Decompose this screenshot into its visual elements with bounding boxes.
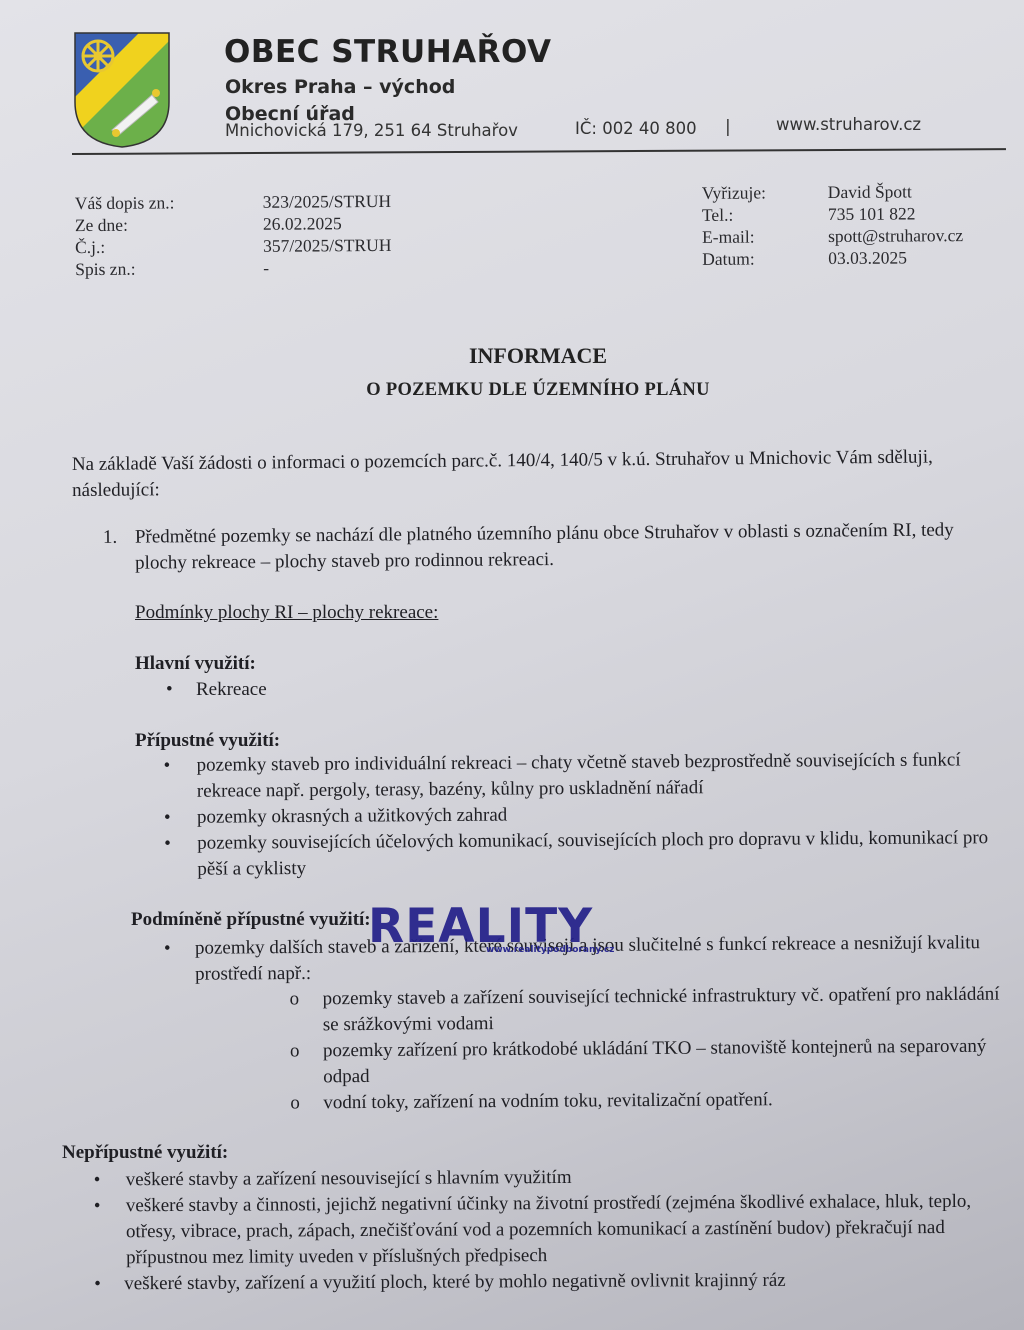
list-item-text: pozemky staveb pro individuální rekreaci…: [197, 747, 1014, 805]
bullet-icon: •: [94, 1271, 124, 1297]
bullet-icon: •: [164, 805, 197, 831]
list-item-text: veškeré stavby a zařízení nesouvisející …: [126, 1165, 572, 1193]
item-number: 1.: [103, 525, 135, 577]
meta-label: E-mail:: [702, 225, 828, 248]
list-item-text: pozemky okrasných a užitkových zahrad: [197, 803, 507, 831]
sub-list-item: opozemky staveb a zařízení související t…: [290, 981, 1020, 1038]
list-item-text: pozemky staveb a zařízení související te…: [323, 981, 1020, 1038]
meta-label: Vyřizuje:: [702, 181, 828, 204]
meta-value: 323/2025/STRUH: [263, 190, 392, 213]
list-item: •veškeré stavby a činnosti, jejichž nega…: [94, 1189, 1024, 1272]
meta-row: Ze dne:26.02.2025: [75, 212, 392, 236]
meta-row: Č.j.:357/2025/STRUH: [75, 234, 392, 258]
meta-label: Tel.:: [702, 203, 828, 226]
email-value: spott@struharov.cz: [828, 224, 963, 247]
district: Okres Praha – východ: [225, 76, 455, 98]
bullet-icon: •: [166, 677, 196, 703]
sub-list-item: ovodní toky, zařízení na vodním toku, re…: [290, 1085, 1020, 1116]
circle-bullet-icon: o: [290, 1090, 323, 1116]
meta-row: E-mail:spott@struharov.cz: [702, 224, 963, 248]
list-item-text: veškeré stavby, zařízení a využití ploch…: [124, 1268, 786, 1297]
meta-value: 26.02.2025: [263, 212, 342, 235]
conditional-use-heading: Podmíněně přípustné využití:: [131, 907, 371, 933]
list-item-text: veškeré stavby a činnosti, jejichž negat…: [126, 1189, 1024, 1272]
coat-of-arms-logo: [72, 30, 172, 150]
meta-row: Datum:03.03.2025: [702, 246, 963, 270]
wheel-icon: [83, 41, 113, 71]
permitted-use-heading: Přípustné využití:: [135, 728, 280, 754]
bullet-icon: •: [94, 1193, 126, 1271]
forbidden-use-heading: Nepřípustné využití:: [62, 1140, 228, 1166]
list-item: •veškeré stavby, zařízení a využití ploc…: [94, 1267, 1024, 1298]
meta-label: Č.j.:: [75, 235, 263, 258]
meta-value: 357/2025/STRUH: [263, 234, 392, 257]
main-use-heading: Hlavní využití:: [135, 651, 256, 677]
meta-label: Spis zn.:: [75, 257, 263, 280]
conditional-sub-list: opozemky staveb a zařízení související t…: [290, 981, 1021, 1116]
forbidden-use-list: •veškeré stavby a zařízení nesouvisející…: [94, 1163, 1024, 1298]
org-name: OBEC STRUHAŘOV: [224, 34, 552, 70]
item-text: Předmětné pozemky se nachází dle platnéh…: [135, 517, 1003, 577]
meta-row: Tel.:735 101 822: [702, 202, 963, 226]
address: Mnichovická 179, 251 64 Struhařov: [225, 121, 518, 140]
company-id: IČ: 002 40 800: [575, 119, 697, 138]
circle-bullet-icon: o: [290, 986, 323, 1038]
header-divider: [72, 148, 1006, 155]
bullet-icon: •: [164, 936, 195, 988]
reference-info: Váš dopis zn.:323/2025/STRUH Ze dne:26.0…: [75, 190, 392, 280]
meta-label: Ze dne:: [75, 213, 263, 236]
meta-row: Váš dopis zn.:323/2025/STRUH: [75, 190, 392, 214]
watermark-url: www.realitypodborany.cz: [486, 945, 614, 955]
list-item: •pozemky souvisejících účelových komunik…: [164, 825, 1014, 883]
meta-label: Váš dopis zn.:: [75, 191, 263, 214]
meta-value: -: [263, 257, 269, 279]
permitted-use-list: •pozemky staveb pro individuální rekreac…: [164, 747, 1015, 883]
meta-value: 03.03.2025: [828, 246, 907, 269]
document-title: INFORMACE: [0, 343, 1024, 369]
meta-row: Vyřizuje:David Špott: [702, 180, 963, 204]
circle-bullet-icon: o: [290, 1038, 323, 1090]
watermark: REALITY www.realitypodborany.cz: [368, 905, 658, 963]
document-subtitle: O POZEMKU DLE ÚZEMNÍHO PLÁNU: [0, 380, 1024, 401]
header-separator: |: [725, 117, 731, 137]
list-item-text: Rekreace: [196, 677, 267, 703]
meta-value: David Špott: [828, 180, 912, 203]
list-item: • Rekreace: [166, 677, 267, 703]
bullet-icon: •: [94, 1167, 126, 1193]
numbered-item: 1. Předmětné pozemky se nachází dle plat…: [103, 517, 1003, 577]
sub-list-item: opozemky zařízení pro krátkodobé ukládán…: [290, 1033, 1020, 1090]
intro-paragraph: Na základě Vaší žádosti o informaci o po…: [72, 444, 1002, 504]
bullet-icon: •: [164, 831, 197, 883]
meta-row: Spis zn.:-: [75, 256, 392, 280]
website: www.struharov.cz: [776, 115, 921, 134]
list-item-text: vodní toky, zařízení na vodním toku, rev…: [323, 1087, 773, 1116]
contact-info: Vyřizuje:David Špott Tel.:735 101 822 E-…: [702, 180, 964, 270]
list-item: •pozemky staveb pro individuální rekreac…: [164, 747, 1014, 805]
list-item-text: pozemky zařízení pro krátkodobé ukládání…: [323, 1033, 1020, 1090]
conditions-heading: Podmínky plochy RI – plochy rekreace:: [135, 600, 438, 626]
meta-label: Datum:: [702, 247, 828, 270]
list-item-text: pozemky souvisejících účelových komunika…: [197, 825, 1014, 883]
bullet-icon: •: [164, 753, 197, 805]
meta-value: 735 101 822: [828, 202, 916, 225]
